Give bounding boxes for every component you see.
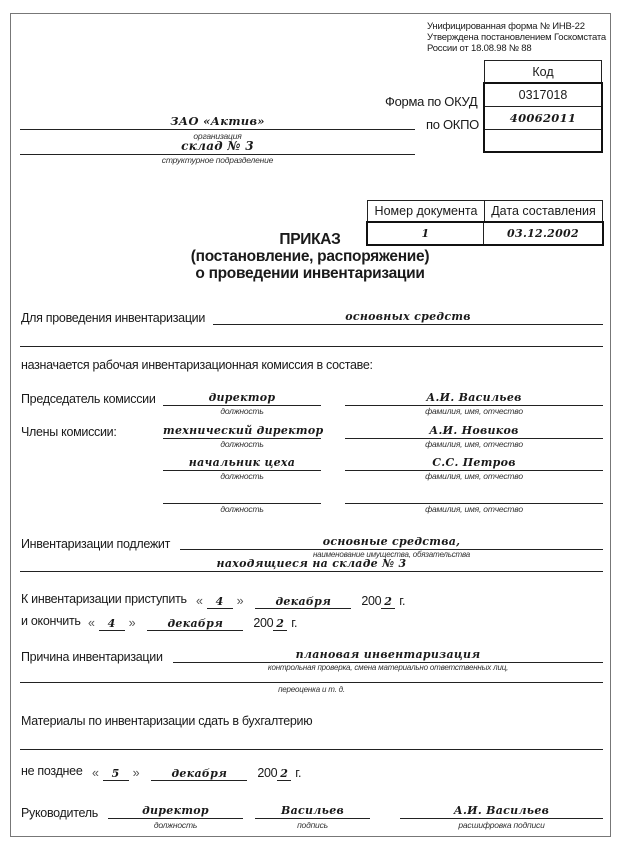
deadline-date: «5»декабря2002г. — [92, 764, 301, 782]
reason-line-2 — [20, 682, 603, 683]
reason-caption-2: переоценка и т. д. — [20, 685, 603, 694]
deadline-month[interactable]: декабря — [151, 767, 247, 781]
signature-sign[interactable]: Васильев — [255, 804, 370, 817]
purpose-label: Для проведения инвентаризации — [21, 311, 205, 325]
title-line-1: ПРИКАЗ — [180, 231, 440, 248]
end-date: «4»декабря2002г. — [88, 614, 297, 632]
form-note-line: России от 18.08.98 № 88 — [427, 43, 606, 54]
form-note-line: Утверждена постановлением Госкомстата — [427, 32, 606, 43]
end-year-digit[interactable]: 2 — [273, 617, 287, 631]
form-note-line: Унифицированная форма № ИНВ-22 — [427, 21, 606, 32]
subdivision-caption: структурное подразделение — [20, 155, 415, 165]
quote-open: « — [88, 616, 95, 630]
signature-position-caption: должность — [108, 820, 243, 830]
start-day[interactable]: 4 — [207, 595, 233, 609]
member-name[interactable]: А.И. Васильев — [345, 391, 603, 404]
member-position-caption: должность — [163, 504, 321, 514]
code-box: 0317018 40062011 — [483, 82, 603, 153]
signature-decoding-line — [400, 818, 603, 819]
signature-decoding[interactable]: А.И. Васильев — [400, 804, 603, 817]
document-title: ПРИКАЗ (постановление, распоряжение) о п… — [180, 231, 440, 282]
purpose-line-2 — [20, 346, 603, 347]
subject-value-1[interactable]: основные средства, — [180, 535, 603, 548]
end-day[interactable]: 4 — [99, 617, 125, 631]
member-name[interactable]: С.С. Петров — [345, 456, 603, 469]
start-year-digit[interactable]: 2 — [381, 595, 395, 609]
signature-label: Руководитель — [21, 806, 98, 820]
signature-sign-line — [255, 818, 370, 819]
subdivision-value[interactable]: склад № 3 — [20, 139, 415, 153]
member-position[interactable]: технический директор — [163, 424, 321, 437]
member-name[interactable]: А.И. Новиков — [345, 424, 603, 437]
quote-close: » — [129, 616, 136, 630]
end-year-prefix: 200 — [253, 616, 273, 630]
member-name-caption: фамилия, имя, отчество — [345, 406, 603, 416]
materials-label: Материалы по инвентаризации сдать в бухг… — [21, 714, 312, 728]
start-year-suffix: г. — [399, 594, 405, 608]
deadline-year-prefix: 200 — [257, 766, 277, 780]
end-label: и окончить — [21, 614, 81, 628]
organization-value[interactable]: ЗАО «Актив» — [20, 114, 415, 128]
member-position-caption: должность — [163, 471, 321, 481]
form-note: Унифицированная форма № ИНВ-22 Утвержден… — [427, 21, 606, 54]
member-name-caption: фамилия, имя, отчество — [345, 439, 603, 449]
doc-date-header: Дата составления — [485, 201, 602, 221]
subject-line-2 — [20, 571, 603, 572]
reason-value[interactable]: плановая инвентаризация — [173, 648, 603, 661]
quote-open: « — [92, 766, 99, 780]
end-year-suffix: г. — [291, 616, 297, 630]
signature-sign-caption: подпись — [255, 820, 370, 830]
title-line-3: о проведении инвентаризации — [180, 265, 440, 282]
signature-position-line — [108, 818, 243, 819]
reason-caption-1: контрольная проверка, смена материально … — [173, 663, 603, 672]
code-header: Код — [484, 60, 602, 83]
signature-position[interactable]: директор — [108, 804, 243, 817]
okud-code[interactable]: 0317018 — [485, 84, 601, 107]
subject-value-2[interactable]: находящиеся на складе № 3 — [20, 557, 603, 570]
commission-intro: назначается рабочая инвентаризационная к… — [21, 358, 373, 372]
chair-label: Председатель комиссии — [21, 392, 156, 406]
deadline-day[interactable]: 5 — [103, 767, 129, 781]
quote-open: « — [196, 594, 203, 608]
doc-number-header: Номер документа — [368, 201, 485, 221]
start-year-prefix: 200 — [361, 594, 381, 608]
signature-decoding-caption: расшифровка подписи — [400, 820, 603, 830]
end-month[interactable]: декабря — [147, 617, 243, 631]
purpose-value[interactable]: основных средств — [213, 310, 603, 323]
deadline-year-digit[interactable]: 2 — [277, 767, 291, 781]
materials-line — [20, 749, 603, 750]
member-position-caption: должность — [163, 439, 321, 449]
okud-label: Форма по ОКУД — [385, 94, 477, 109]
start-label: К инвентаризации приступить — [21, 592, 187, 606]
okpo-code[interactable]: 40062011 — [485, 107, 601, 130]
member-position-caption: должность — [163, 406, 321, 416]
start-date: «4»декабря2002г. — [196, 592, 405, 610]
okpo-label: по ОКПО — [426, 117, 479, 132]
title-line-2: (постановление, распоряжение) — [180, 248, 440, 265]
start-month[interactable]: декабря — [255, 595, 351, 609]
member-name-caption: фамилия, имя, отчество — [345, 504, 603, 514]
extra-code[interactable] — [485, 130, 601, 151]
quote-close: » — [133, 766, 140, 780]
members-label: Члены комиссии: — [21, 425, 117, 439]
member-name-caption: фамилия, имя, отчество — [345, 471, 603, 481]
subject-label: Инвентаризации подлежит — [21, 537, 170, 551]
deadline-year-suffix: г. — [295, 766, 301, 780]
doc-date-value[interactable]: 03.12.2002 — [484, 223, 602, 244]
quote-close: » — [237, 594, 244, 608]
doc-box-header: Номер документа Дата составления — [367, 200, 603, 222]
reason-label: Причина инвентаризации — [21, 650, 163, 664]
deadline-label: не позднее — [21, 764, 82, 778]
member-position[interactable]: директор — [163, 391, 321, 404]
organization-line — [20, 129, 415, 130]
member-position[interactable]: начальник цеха — [163, 456, 321, 469]
purpose-line — [213, 324, 603, 325]
